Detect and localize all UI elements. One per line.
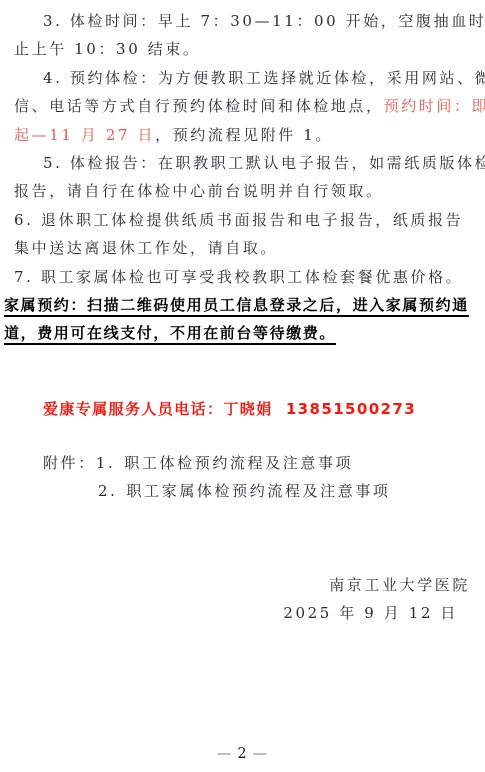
attachment-item: 附件：1.职工体检预约流程及注意事项	[14, 449, 470, 477]
attachments-list: 附件：1.职工体检预约流程及注意事项 2.职工家属体检预约流程及注意事项	[14, 449, 470, 506]
text-span: 道，费用可在线支付，不用在前台等待缴费。	[4, 324, 336, 342]
text-span: 6. 退休职工体检提供纸质书面报告和电子报告，纸质报告	[14, 211, 463, 229]
body-line: 4. 预约体检：为方便教职工选择就近体检，采用网站、微	[14, 64, 470, 92]
footer-dash-right: —	[253, 746, 269, 762]
family-appointment-emphasis-line: 家属预约：扫描二维码使用员工信息登录之后，进入家属预约通	[4, 291, 470, 319]
signature-block: 南京工业大学医院 2025 年 9 月 12 日	[14, 571, 470, 628]
document-page: 3. 体检时间：早上 7：30—11：00 开始，空腹抽血时间截 止上午 10：…	[0, 0, 485, 772]
attachment-item: 2.职工家属体检预约流程及注意事项	[14, 477, 470, 505]
body-line: 止上午 10：30 结束。	[14, 35, 470, 63]
body-line: 报告，请自行在体检中心前台说明并自行领取。	[14, 177, 470, 205]
text-span: 5. 体检报告：在职教职工默认电子报告，如需纸质版体检	[43, 154, 485, 172]
body-line: 7. 职工家属体检也可享受我校教职工体检套餐优惠价格。	[14, 263, 470, 291]
attachment-number: 2.	[98, 482, 118, 500]
highlighted-appointment-period: 起—11 月 27 日	[14, 126, 155, 144]
attachment-title: 职工家属体检预约流程及注意事项	[127, 482, 391, 500]
attachments-label: 附件：	[43, 454, 96, 472]
highlighted-appointment-period: 预约时间：即日	[384, 97, 485, 115]
footer-dash-left: —	[217, 746, 233, 762]
body-line: 起—11 月 27 日，预约流程见附件 1。	[14, 121, 470, 149]
attachment-title: 职工体检预约流程及注意事项	[124, 454, 353, 472]
page-number: 2	[237, 746, 247, 762]
body-line: 信、电话等方式自行预约体检时间和体检地点，预约时间：即日	[14, 92, 470, 120]
body-line: 5. 体检报告：在职教职工默认电子报告，如需纸质版体检	[14, 149, 470, 177]
document-body: 3. 体检时间：早上 7：30—11：00 开始，空腹抽血时间截 止上午 10：…	[14, 7, 470, 628]
family-appointment-emphasis-line: 道，费用可在线支付，不用在前台等待缴费。	[4, 319, 470, 347]
service-contact-line: 爱康专属服务人员电话：丁晓娟 13851500273	[14, 395, 470, 423]
text-span: 4. 预约体检：为方便教职工选择就近体检，采用网站、微	[43, 69, 485, 87]
text-span: 止上午 10：30 结束。	[14, 40, 201, 58]
text-span: 集中送达离退休工作处，请自取。	[14, 239, 278, 257]
issuing-organization: 南京工业大学医院	[14, 571, 470, 599]
attachment-number: 1.	[96, 454, 116, 472]
body-line: 3. 体检时间：早上 7：30—11：00 开始，空腹抽血时间截	[14, 7, 470, 35]
page-number-footer: —2—	[0, 744, 485, 764]
text-span: 3. 体检时间：早上 7：30—11：00 开始，空腹抽血时间截	[43, 12, 485, 30]
text-span: 信、电话等方式自行预约体检时间和体检地点，	[14, 97, 384, 115]
text-span: 家属预约：扫描二维码使用员工信息登录之后，进入家属预约通	[4, 296, 469, 314]
text-span: 报告，请自行在体检中心前台说明并自行领取。	[14, 182, 384, 200]
text-span: ，预约流程见附件 1。	[155, 126, 333, 144]
issue-date: 2025 年 9 月 12 日	[14, 599, 470, 627]
body-line: 6. 退休职工体检提供纸质书面报告和电子报告，纸质报告	[14, 206, 470, 234]
body-line: 集中送达离退休工作处，请自取。	[14, 234, 470, 262]
text-span: 7. 职工家属体检也可享受我校教职工体检套餐优惠价格。	[14, 268, 463, 286]
